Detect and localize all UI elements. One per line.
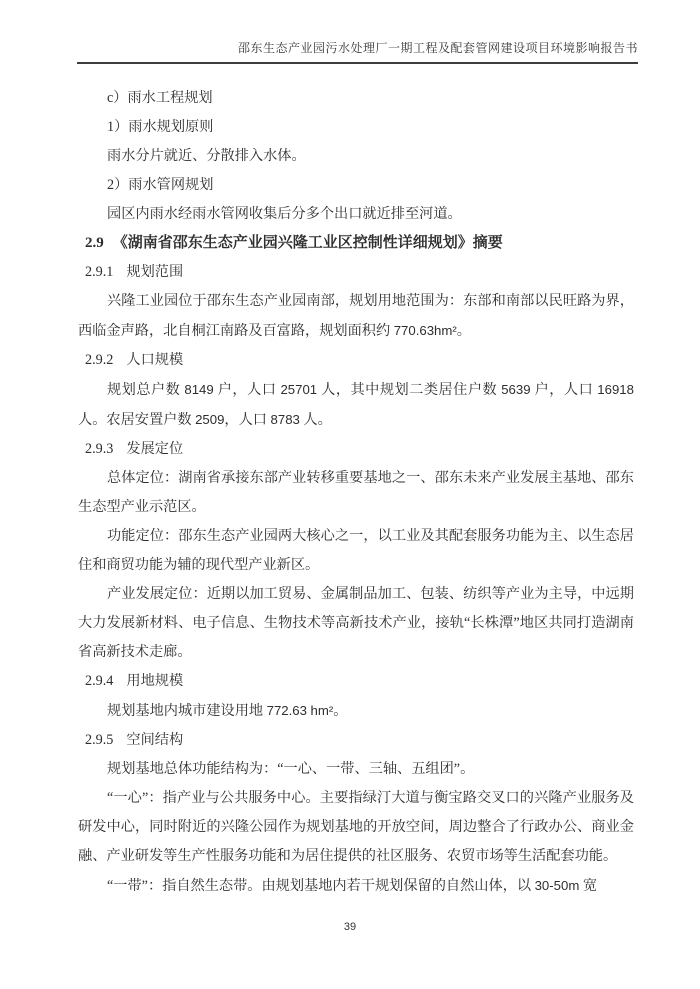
heading-title: 用地规模 xyxy=(126,673,183,689)
heading-title: 《湖南省邵东生态产业园兴隆工业区控制性详细规划》摘要 xyxy=(113,235,503,251)
section-heading: 2.9.1规划范围 xyxy=(78,258,634,287)
numeric-value: 30-50m xyxy=(535,878,580,893)
numeric-value: 770.63hm² xyxy=(394,323,457,338)
heading-number: 2.9.1 xyxy=(85,264,113,280)
paragraph: 总体定位：湖南省承接东部产业转移重要基地之一、邵东未来产业发展主基地、邵东生态型… xyxy=(78,464,634,522)
heading-title: 发展定位 xyxy=(126,441,183,457)
paragraph: “一带”：指自然生态带。由规划基地内若干规划保留的自然山体，以 30-50m 宽 xyxy=(78,871,634,901)
paragraph: 规划基地总体功能结构为：“一心、一带、三轴、五组团”。 xyxy=(78,755,634,784)
section-heading: 2.9.4用地规模 xyxy=(78,667,634,696)
paragraph: 规划基地内城市建设用地 772.63 hm²。 xyxy=(78,696,634,726)
paragraph: 2）雨水管网规划 xyxy=(78,171,634,200)
numeric-value: 8149 xyxy=(184,382,213,397)
numeric-value: 2509 xyxy=(195,412,224,427)
section-heading: 2.9《湖南省邵东生态产业园兴隆工业区控制性详细规划》摘要 xyxy=(78,229,634,258)
section-heading: 2.9.3发展定位 xyxy=(78,435,634,464)
paragraph: 产业发展定位：近期以加工贸易、金属制品加工、包装、纺织等产业为主导，中远期大力发… xyxy=(78,580,634,667)
heading-number: 2.9.5 xyxy=(85,732,113,748)
numeric-value: 772.63 xyxy=(267,703,307,718)
numeric-value: 16918 xyxy=(597,382,634,397)
section-heading: 2.9.5空间结构 xyxy=(78,726,634,755)
heading-number: 2.9 xyxy=(85,235,104,251)
page-header: 邵东生态产业园污水处理厂一期工程及配套管网建设项目环境影响报告书 xyxy=(77,39,638,64)
paragraph: 1）雨水规划原则 xyxy=(78,113,634,142)
heading-title: 人口规模 xyxy=(126,352,183,368)
heading-number: 2.9.4 xyxy=(85,673,113,689)
page-number: 39 xyxy=(344,921,356,933)
numeric-value: 5639 xyxy=(501,382,530,397)
numeric-value: hm² xyxy=(311,703,334,718)
header-title: 邵东生态产业园污水处理厂一期工程及配套管网建设项目环境影响报告书 xyxy=(238,41,638,55)
document-page: 邵东生态产业园污水处理厂一期工程及配套管网建设项目环境影响报告书 c）雨水工程规… xyxy=(0,0,700,989)
heading-number: 2.9.3 xyxy=(85,441,113,457)
paragraph: 规划总户数 8149 户，人口 25701 人，其中规划二类居住户数 5639 … xyxy=(78,375,634,435)
numeric-value: 25701 xyxy=(280,382,317,397)
numeric-value: 8783 xyxy=(271,412,300,427)
paragraph: c）雨水工程规划 xyxy=(78,84,634,113)
paragraph: “一心”：指产业与公共服务中心。主要指绿汀大道与衡宝路交叉口的兴隆产业服务及研发… xyxy=(78,784,634,871)
page-footer: 39 xyxy=(0,921,700,933)
heading-title: 规划范围 xyxy=(126,264,183,280)
heading-number: 2.9.2 xyxy=(85,352,113,368)
paragraph: 雨水分片就近、分散排入水体。 xyxy=(78,142,634,171)
paragraph: 功能定位：邵东生态产业园两大核心之一，以工业及其配套服务功能为主、以生态居住和商… xyxy=(78,522,634,580)
section-heading: 2.9.2人口规模 xyxy=(78,346,634,375)
document-body: c）雨水工程规划1）雨水规划原则雨水分片就近、分散排入水体。2）雨水管网规划园区… xyxy=(78,84,634,901)
paragraph: 兴隆工业园位于邵东生态产业园南部，规划用地范围为：东部和南部以民旺路为界，西临金… xyxy=(78,287,634,346)
paragraph: 园区内雨水经雨水管网收集后分多个出口就近排至河道。 xyxy=(78,200,634,229)
heading-title: 空间结构 xyxy=(126,732,183,748)
